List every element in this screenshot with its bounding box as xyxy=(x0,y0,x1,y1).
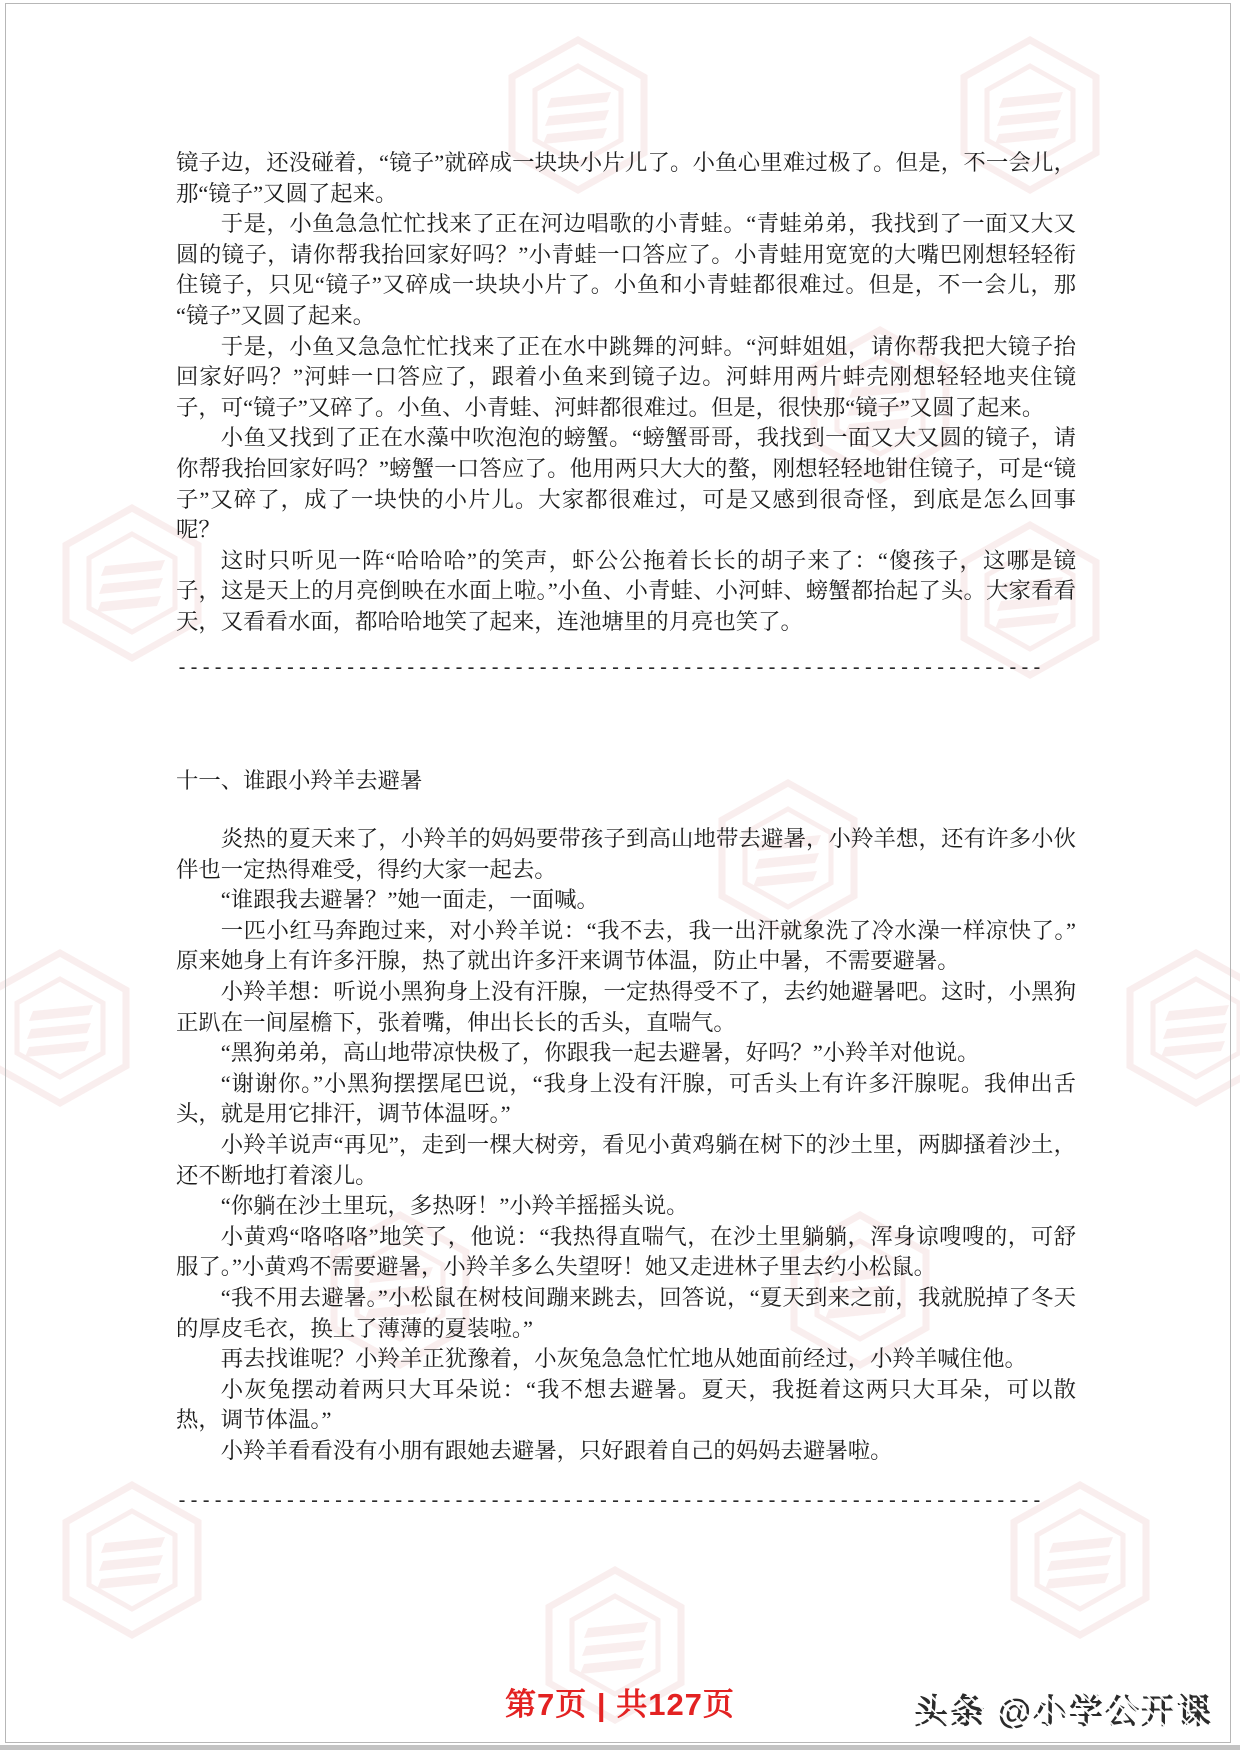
paragraph: 小羚羊看看没有小朋有跟她去避暑，只好跟着自己的妈妈去避暑啦。 xyxy=(176,1436,1076,1467)
section-separator: ----------------------------------------… xyxy=(176,654,1076,680)
paragraph: 小羚羊说声“再见”，走到一棵大树旁，看见小黄鸡躺在树下的沙土里，两脚搔着沙土，还… xyxy=(176,1130,1076,1191)
story1-paragraphs: 镜子边，还没碰着，“镜子”就碎成一块块小片儿了。小鱼心里难过极了。但是，不一会儿… xyxy=(176,148,1076,638)
paragraph: 小黄鸡“咯咯咯”地笑了，他说：“我热得直喘气，在沙土里躺躺，浑身谅嗖嗖的，可舒服… xyxy=(176,1222,1076,1283)
paragraph: 炎热的夏天来了，小羚羊的妈妈要带孩子到高山地带去避暑，小羚羊想，还有许多小伙伴也… xyxy=(176,824,1076,885)
document-body: 镜子边，还没碰着，“镜子”就碎成一块块小片儿了。小鱼心里难过极了。但是，不一会儿… xyxy=(176,148,1076,1513)
toutiao-brand-watermark: 头条 @小学公开课 xyxy=(914,1684,1213,1733)
section-separator: ----------------------------------------… xyxy=(176,1487,1076,1513)
paragraph: 小鱼又找到了正在水藻中吹泡泡的螃蟹。“螃蟹哥哥，我找到一面又大又圆的镜子，请你帮… xyxy=(176,423,1076,545)
story2-title: 十一、谁跟小羚羊去避暑 xyxy=(176,766,1076,797)
paragraph: 于是，小鱼又急急忙忙找来了正在水中跳舞的河蚌。“河蚌姐姐，请你帮我把大镜子抬回家… xyxy=(176,332,1076,424)
paragraph: 小羚羊想：听说小黑狗身上没有汗腺，一定热得受不了，去约她避暑吧。这时，小黑狗正趴… xyxy=(176,977,1076,1038)
paragraph: “你躺在沙土里玩，多热呀！”小羚羊摇摇头说。 xyxy=(176,1191,1076,1222)
paragraph: “黑狗弟弟，高山地带凉快极了，你跟我一起去避暑，好吗？”小羚羊对他说。 xyxy=(176,1038,1076,1069)
hexagon-watermark-icon xyxy=(1121,949,1240,1107)
paragraph: 一匹小红马奔跑过来，对小羚羊说：“我不去，我一出汗就象洗了冷水澡一样凉快了。”原… xyxy=(176,916,1076,977)
paragraph: “谢谢你。”小黑狗摆摆尾巴说，“我身上没有汗腺，可舌头上有许多汗腺呢。我伸出舌头… xyxy=(176,1069,1076,1130)
paragraph: “谁跟我去避暑？”她一面走，一面喊。 xyxy=(176,885,1076,916)
paragraph: 再去找谁呢？小羚羊正犹豫着，小灰兔急急忙忙地从她面前经过，小羚羊喊住他。 xyxy=(176,1344,1076,1375)
paragraph: 于是，小鱼急急忙忙找来了正在河边唱歌的小青蛙。“青蛙弟弟，我找到了一面又大又圆的… xyxy=(176,209,1076,331)
story2-paragraphs: 炎热的夏天来了，小羚羊的妈妈要带孩子到高山地带去避暑，小羚羊想，还有许多小伙伴也… xyxy=(176,824,1076,1466)
paragraph: 这时只听见一阵“哈哈哈”的笑声，虾公公拖着长长的胡子来了：“傻孩子，这哪是镜子，… xyxy=(176,546,1076,638)
paragraph: “我不用去避暑。”小松鼠在树枝间蹦来跳去，回答说，“夏天到来之前，我就脱掉了冬天… xyxy=(176,1283,1076,1344)
paragraph: 小灰兔摆动着两只大耳朵说：“我不想去避暑。夏天，我挺着这两只大耳朵，可以散热，调… xyxy=(176,1375,1076,1436)
document-page: { "page": { "footer_label": "第7页 | 共127页… xyxy=(0,0,1240,1754)
paragraph: 镜子边，还没碰着，“镜子”就碎成一块块小片儿了。小鱼心里难过极了。但是，不一会儿… xyxy=(176,148,1076,209)
hexagon-watermark-icon xyxy=(0,949,135,1107)
page-bottom-edge xyxy=(0,1745,1240,1750)
